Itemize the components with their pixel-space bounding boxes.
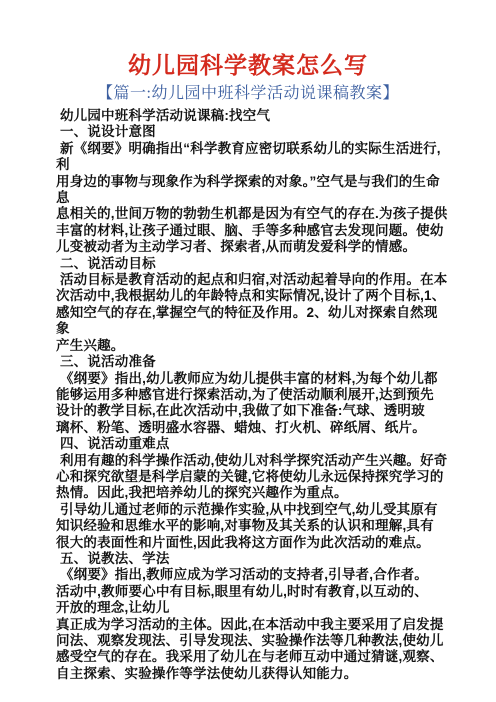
document-body-text: 幼儿园中班科学活动说课稿:找空气 一、说设计意图 新《纲要》明确指出“科学教育应… <box>56 108 448 682</box>
document-title: 幼儿园科学教案怎么写 <box>0 51 496 81</box>
document-page: 幼儿园科学教案怎么写 【篇一:幼儿园中班科学活动说课稿教案】 幼儿园中班科学活动… <box>0 0 496 702</box>
document-subtitle: 【篇一:幼儿园中班科学活动说课稿教案】 <box>0 83 496 105</box>
